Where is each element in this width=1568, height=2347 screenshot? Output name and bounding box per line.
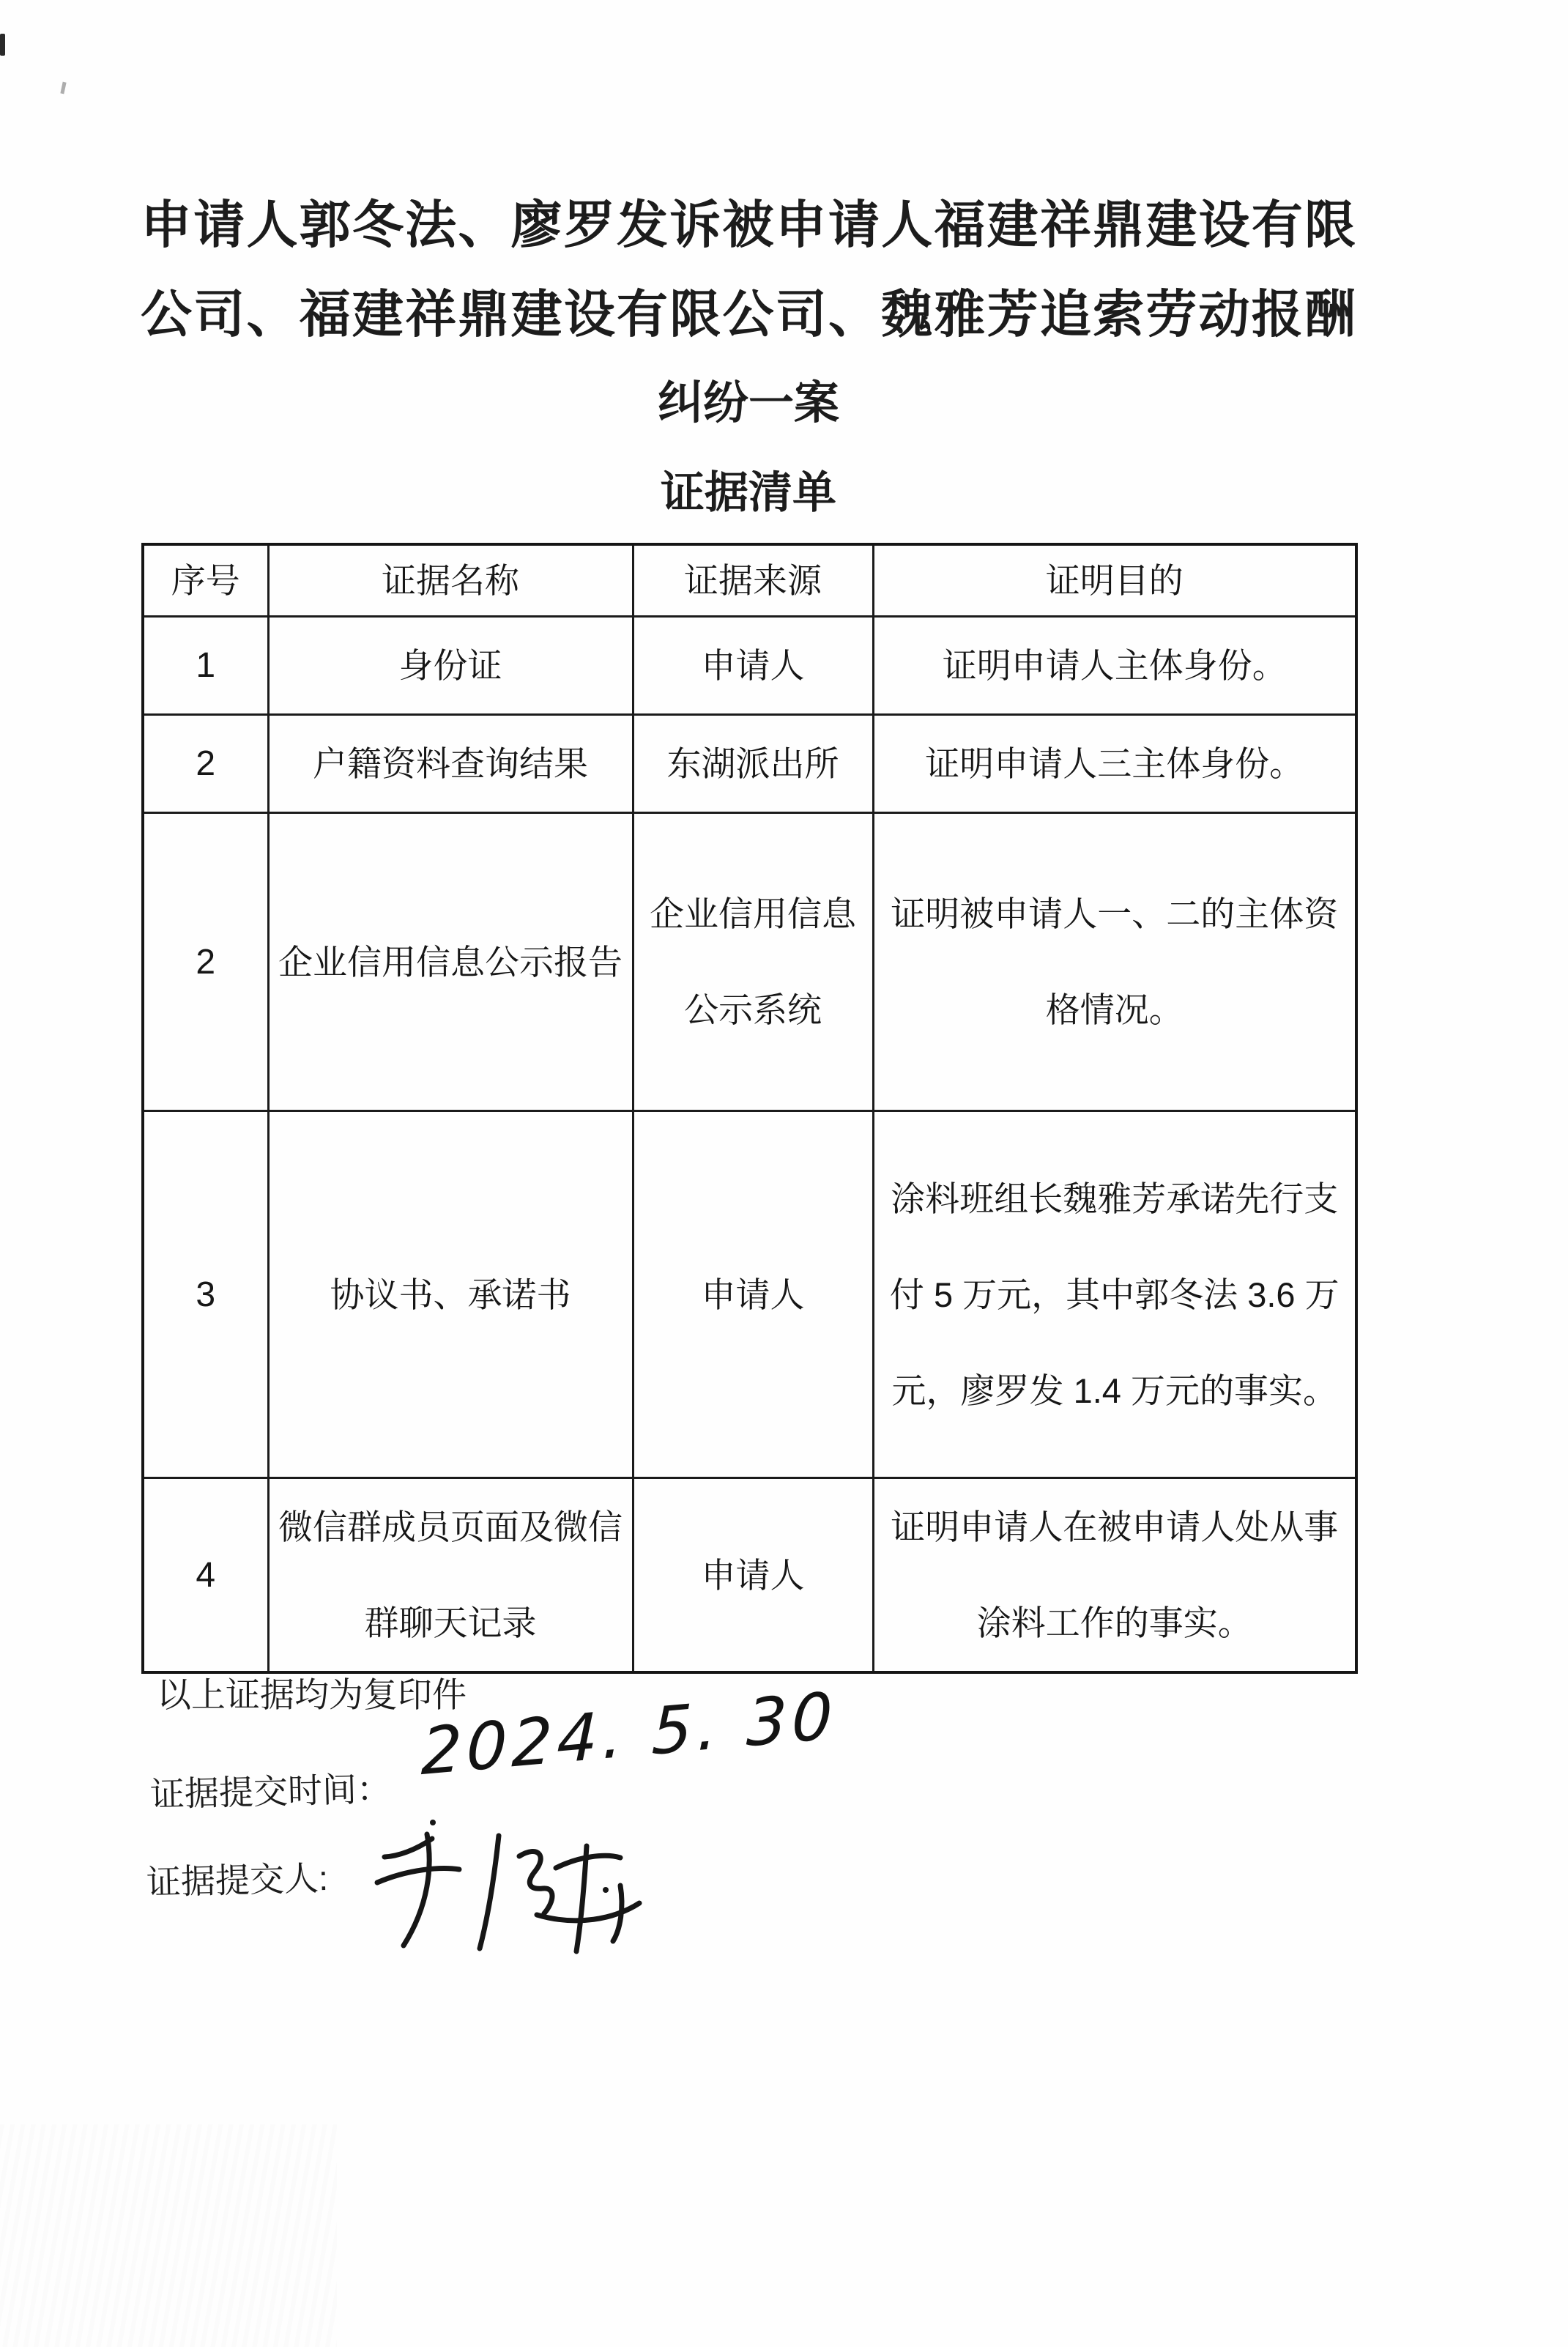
submit-time-label: 证据提交时间： bbox=[149, 1767, 391, 1817]
scan-noise-texture bbox=[0, 2124, 337, 2347]
source-cell: 申请人 bbox=[633, 617, 873, 715]
name-cell: 微信群成员页面及微信群聊天记录 bbox=[268, 1478, 633, 1673]
source-cell: 东湖派出所 bbox=[633, 715, 873, 813]
submit-time-handwritten-value: 2024. 5. 30 bbox=[420, 1677, 837, 1790]
purpose-cell: 证明申请人在被申请人处从事涂料工作的事实。 bbox=[873, 1478, 1356, 1673]
case-title-line-2: 公司、福建祥鼎建设有限公司、魏雅芳追索劳动报酬 bbox=[141, 270, 1356, 359]
seq-cell: 2 bbox=[143, 813, 268, 1111]
document-header: 申请人郭冬法、廖罗发诉被申请人福建祥鼎建设有限 公司、福建祥鼎建设有限公司、魏雅… bbox=[141, 180, 1356, 538]
seq-cell: 3 bbox=[143, 1111, 268, 1478]
header-name: 证据名称 bbox=[268, 544, 633, 617]
header-purpose: 证明目的 bbox=[873, 544, 1356, 617]
table-row: 2 企业信用信息公示报告 企业信用信息公示系统 证明被申请人一、二的主体资格情况… bbox=[143, 813, 1356, 1111]
purpose-cell: 证明申请人三主体身份。 bbox=[873, 715, 1356, 813]
scan-artifact-smudge bbox=[60, 82, 66, 94]
table-header-row: 序号 证据名称 证据来源 证明目的 bbox=[143, 544, 1356, 617]
scan-artifact-edge-mark bbox=[0, 34, 5, 56]
handwritten-signature bbox=[363, 1815, 648, 1962]
copies-note: 以上证据均为复印件 bbox=[157, 1673, 467, 1717]
purpose-cell: 证明被申请人一、二的主体资格情况。 bbox=[873, 813, 1356, 1111]
submitter-label: 证据提交人: bbox=[146, 1856, 328, 1905]
name-cell: 身份证 bbox=[268, 617, 633, 715]
table-row: 4 微信群成员页面及微信群聊天记录 申请人 证明申请人在被申请人处从事涂料工作的… bbox=[143, 1478, 1356, 1673]
evidence-list-title: 证据清单 bbox=[141, 448, 1356, 538]
source-cell: 申请人 bbox=[633, 1111, 873, 1478]
source-cell: 企业信用信息公示系统 bbox=[633, 813, 873, 1111]
seq-cell: 2 bbox=[143, 715, 268, 813]
case-title-line-1: 申请人郭冬法、廖罗发诉被申请人福建祥鼎建设有限 bbox=[141, 180, 1356, 270]
header-source: 证据来源 bbox=[633, 544, 873, 617]
table-row: 1 身份证 申请人 证明申请人主体身份。 bbox=[143, 617, 1356, 715]
header-seq: 序号 bbox=[143, 544, 268, 617]
case-title-line-3: 纠纷一案 bbox=[141, 359, 1356, 448]
table-row: 2 户籍资料查询结果 东湖派出所 证明申请人三主体身份。 bbox=[143, 715, 1356, 813]
purpose-cell: 证明申请人主体身份。 bbox=[873, 617, 1356, 715]
source-cell: 申请人 bbox=[633, 1478, 873, 1673]
seq-cell: 1 bbox=[143, 617, 268, 715]
evidence-table: 序号 证据名称 证据来源 证明目的 1 身份证 申请人 证明申请人主体身份。 2… bbox=[141, 543, 1358, 1674]
scanned-evidence-list-page: { "title": { "line1": "申请人郭冬法、廖罗发诉被申请人福建… bbox=[0, 0, 1568, 2347]
name-cell: 户籍资料查询结果 bbox=[268, 715, 633, 813]
purpose-cell: 涂料班组长魏雅芳承诺先行支付 5 万元，其中郭冬法 3.6 万元，廖罗发 1.4… bbox=[873, 1111, 1356, 1478]
name-cell: 协议书、承诺书 bbox=[268, 1111, 633, 1478]
seq-cell: 4 bbox=[143, 1478, 268, 1673]
table-row: 3 协议书、承诺书 申请人 涂料班组长魏雅芳承诺先行支付 5 万元，其中郭冬法 … bbox=[143, 1111, 1356, 1478]
name-cell: 企业信用信息公示报告 bbox=[268, 813, 633, 1111]
